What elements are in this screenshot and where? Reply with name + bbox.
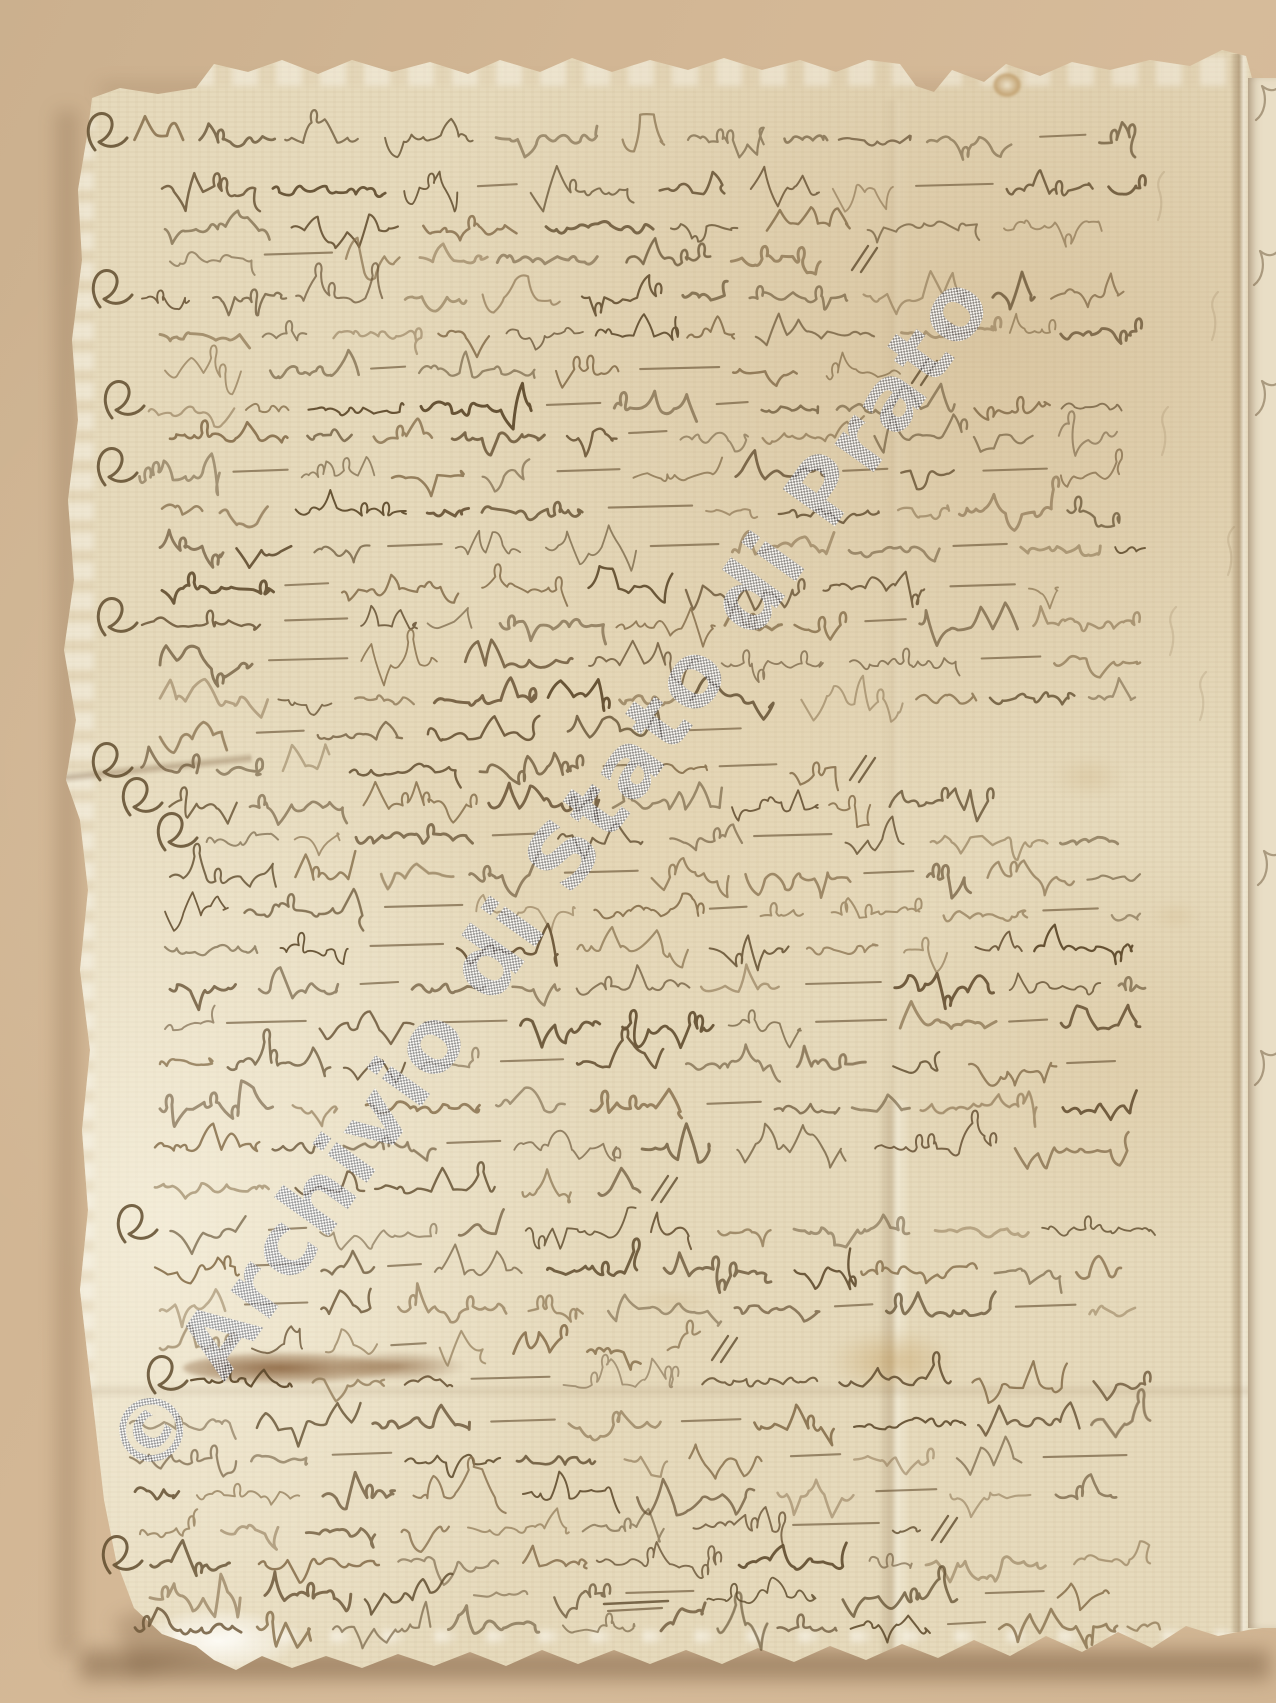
scanned-manuscript: © Archivio di Stato di Prato [0,0,1276,1703]
